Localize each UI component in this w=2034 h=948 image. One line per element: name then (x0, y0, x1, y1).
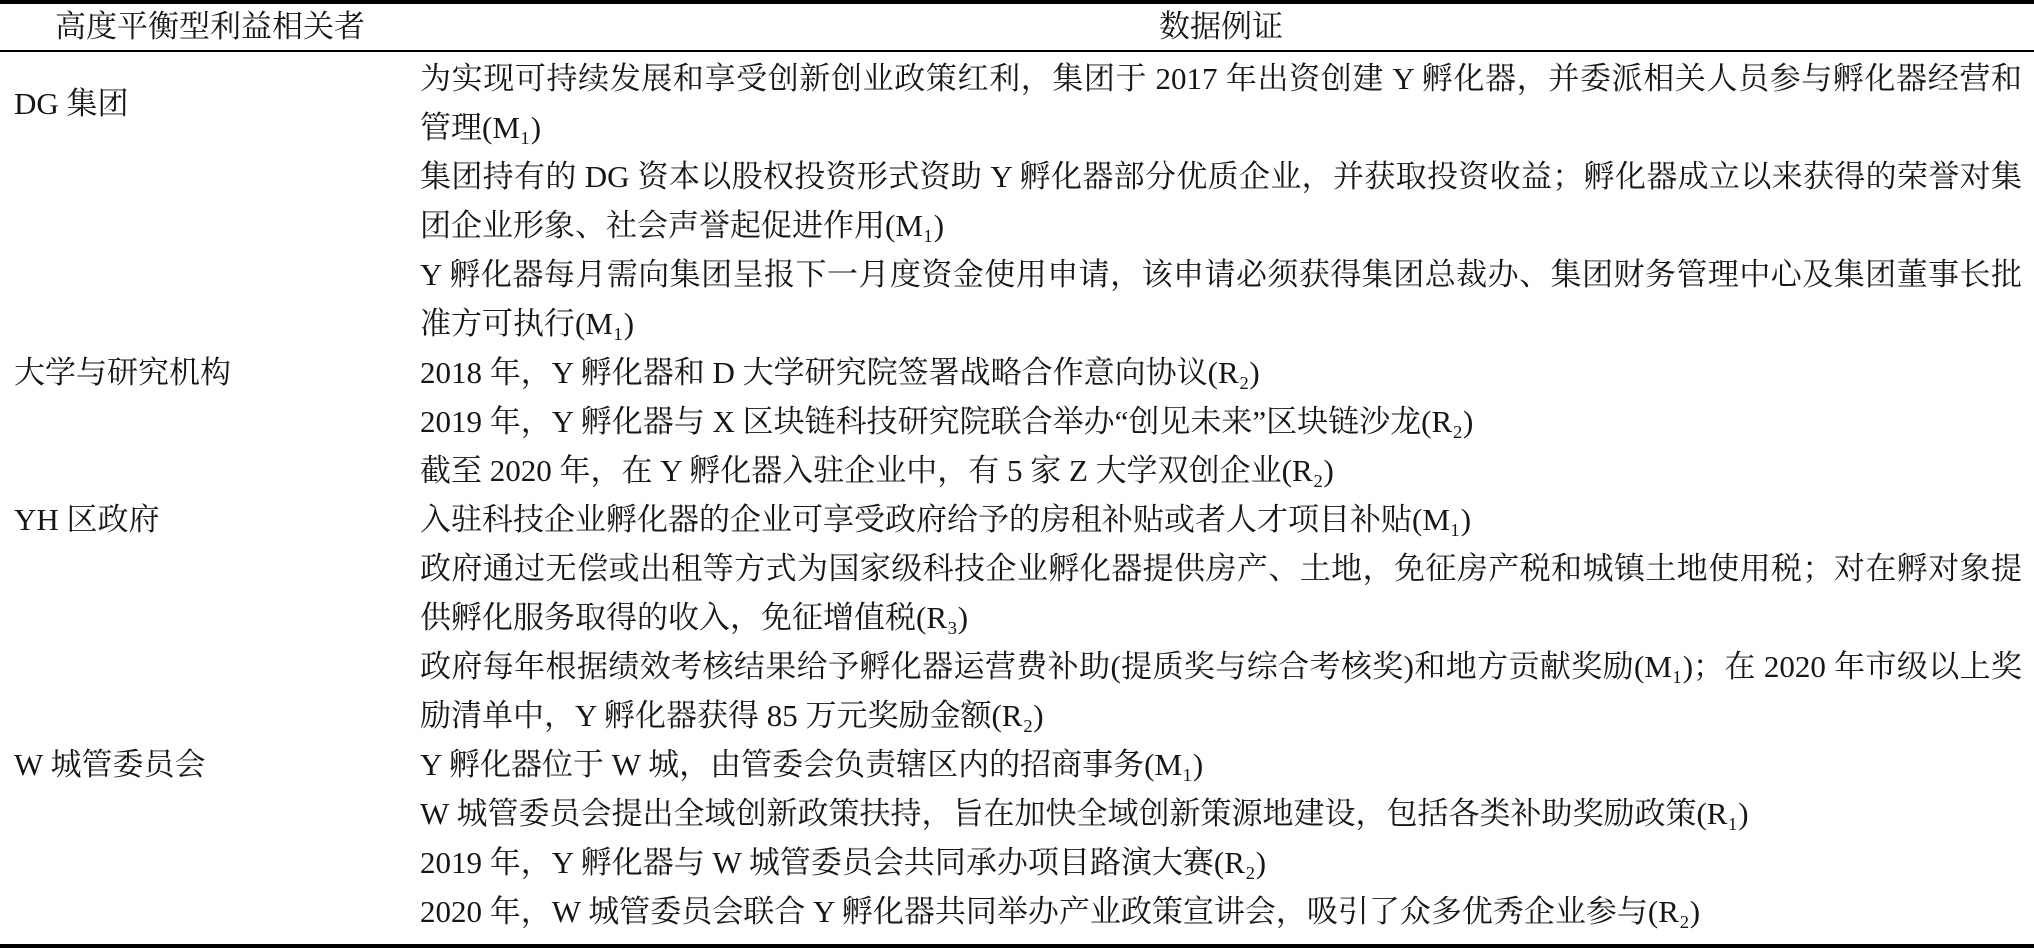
stakeholder-name: YH 区政府 (0, 495, 420, 740)
paper-table-page: 高度平衡型利益相关者 数据例证 DG 集团 为实现可持续发展和享受创新创业政策红… (0, 0, 2034, 948)
table-row: W 城管委员会 Y 孵化器位于 W 城，由管委会负责辖区内的招商事务(M₁) W… (0, 740, 2034, 936)
table-body: DG 集团 为实现可持续发展和享受创新创业政策红利，集团于 2017 年出资创建… (0, 52, 2034, 944)
evidence-item: 集团持有的 DG 资本以股权投资形式资助 Y 孵化器部分优质企业，并获取投资收益… (420, 152, 2022, 250)
stakeholder-evidence-table: 高度平衡型利益相关者 数据例证 DG 集团 为实现可持续发展和享受创新创业政策红… (0, 0, 2034, 948)
evidence-item: 为实现可持续发展和享受创新创业政策红利，集团于 2017 年出资创建 Y 孵化器… (420, 54, 2022, 152)
evidence-item: 2020 年，W 城管委员会联合 Y 孵化器共同举办产业政策宣讲会，吸引了众多优… (420, 887, 2022, 936)
evidence-item: 政府通过无偿或出租等方式为国家级科技企业孵化器提供房产、土地，免征房产税和城镇土… (420, 544, 2022, 642)
stakeholder-name: 大学与研究机构 (0, 348, 420, 495)
evidence-item: 2019 年，Y 孵化器与 X 区块链科技研究院联合举办“创见未来”区块链沙龙(… (420, 397, 2022, 446)
evidence-cell: 2018 年，Y 孵化器和 D 大学研究院签署战略合作意向协议(R₂) 2019… (420, 348, 2034, 495)
evidence-cell: Y 孵化器位于 W 城，由管委会负责辖区内的招商事务(M₁) W 城管委员会提出… (420, 740, 2034, 936)
table-row: YH 区政府 入驻科技企业孵化器的企业可享受政府给予的房租补贴或者人才项目补贴(… (0, 495, 2034, 740)
evidence-item: Y 孵化器每月需向集团呈报下一月度资金使用申请，该申请必须获得集团总裁办、集团财… (420, 250, 2022, 348)
evidence-item: 入驻科技企业孵化器的企业可享受政府给予的房租补贴或者人才项目补贴(M₁) (420, 495, 2022, 544)
column-header-evidence: 数据例证 (420, 4, 2034, 50)
evidence-item: 2019 年，Y 孵化器与 W 城管委员会共同承办项目路演大赛(R₂) (420, 838, 2022, 887)
evidence-cell: 为实现可持续发展和享受创新创业政策红利，集团于 2017 年出资创建 Y 孵化器… (420, 54, 2034, 348)
evidence-item: 2018 年，Y 孵化器和 D 大学研究院签署战略合作意向协议(R₂) (420, 348, 2022, 397)
table-header-row: 高度平衡型利益相关者 数据例证 (0, 4, 2034, 52)
table-row: DG 集团 为实现可持续发展和享受创新创业政策红利，集团于 2017 年出资创建… (0, 54, 2034, 348)
stakeholder-name: DG 集团 (0, 54, 420, 348)
evidence-item: 政府每年根据绩效考核结果给予孵化器运营费补助(提质奖与综合考核奖)和地方贡献奖励… (420, 642, 2022, 740)
stakeholder-name: W 城管委员会 (0, 740, 420, 936)
evidence-cell: 入驻科技企业孵化器的企业可享受政府给予的房租补贴或者人才项目补贴(M₁) 政府通… (420, 495, 2034, 740)
evidence-item: W 城管委员会提出全域创新政策扶持，旨在加快全域创新策源地建设，包括各类补助奖励… (420, 789, 2022, 838)
table-row: 大学与研究机构 2018 年，Y 孵化器和 D 大学研究院签署战略合作意向协议(… (0, 348, 2034, 495)
evidence-item: 截至 2020 年，在 Y 孵化器入驻企业中，有 5 家 Z 大学双创企业(R₂… (420, 446, 2022, 495)
column-header-stakeholder: 高度平衡型利益相关者 (0, 4, 420, 50)
evidence-item: Y 孵化器位于 W 城，由管委会负责辖区内的招商事务(M₁) (420, 740, 2022, 789)
